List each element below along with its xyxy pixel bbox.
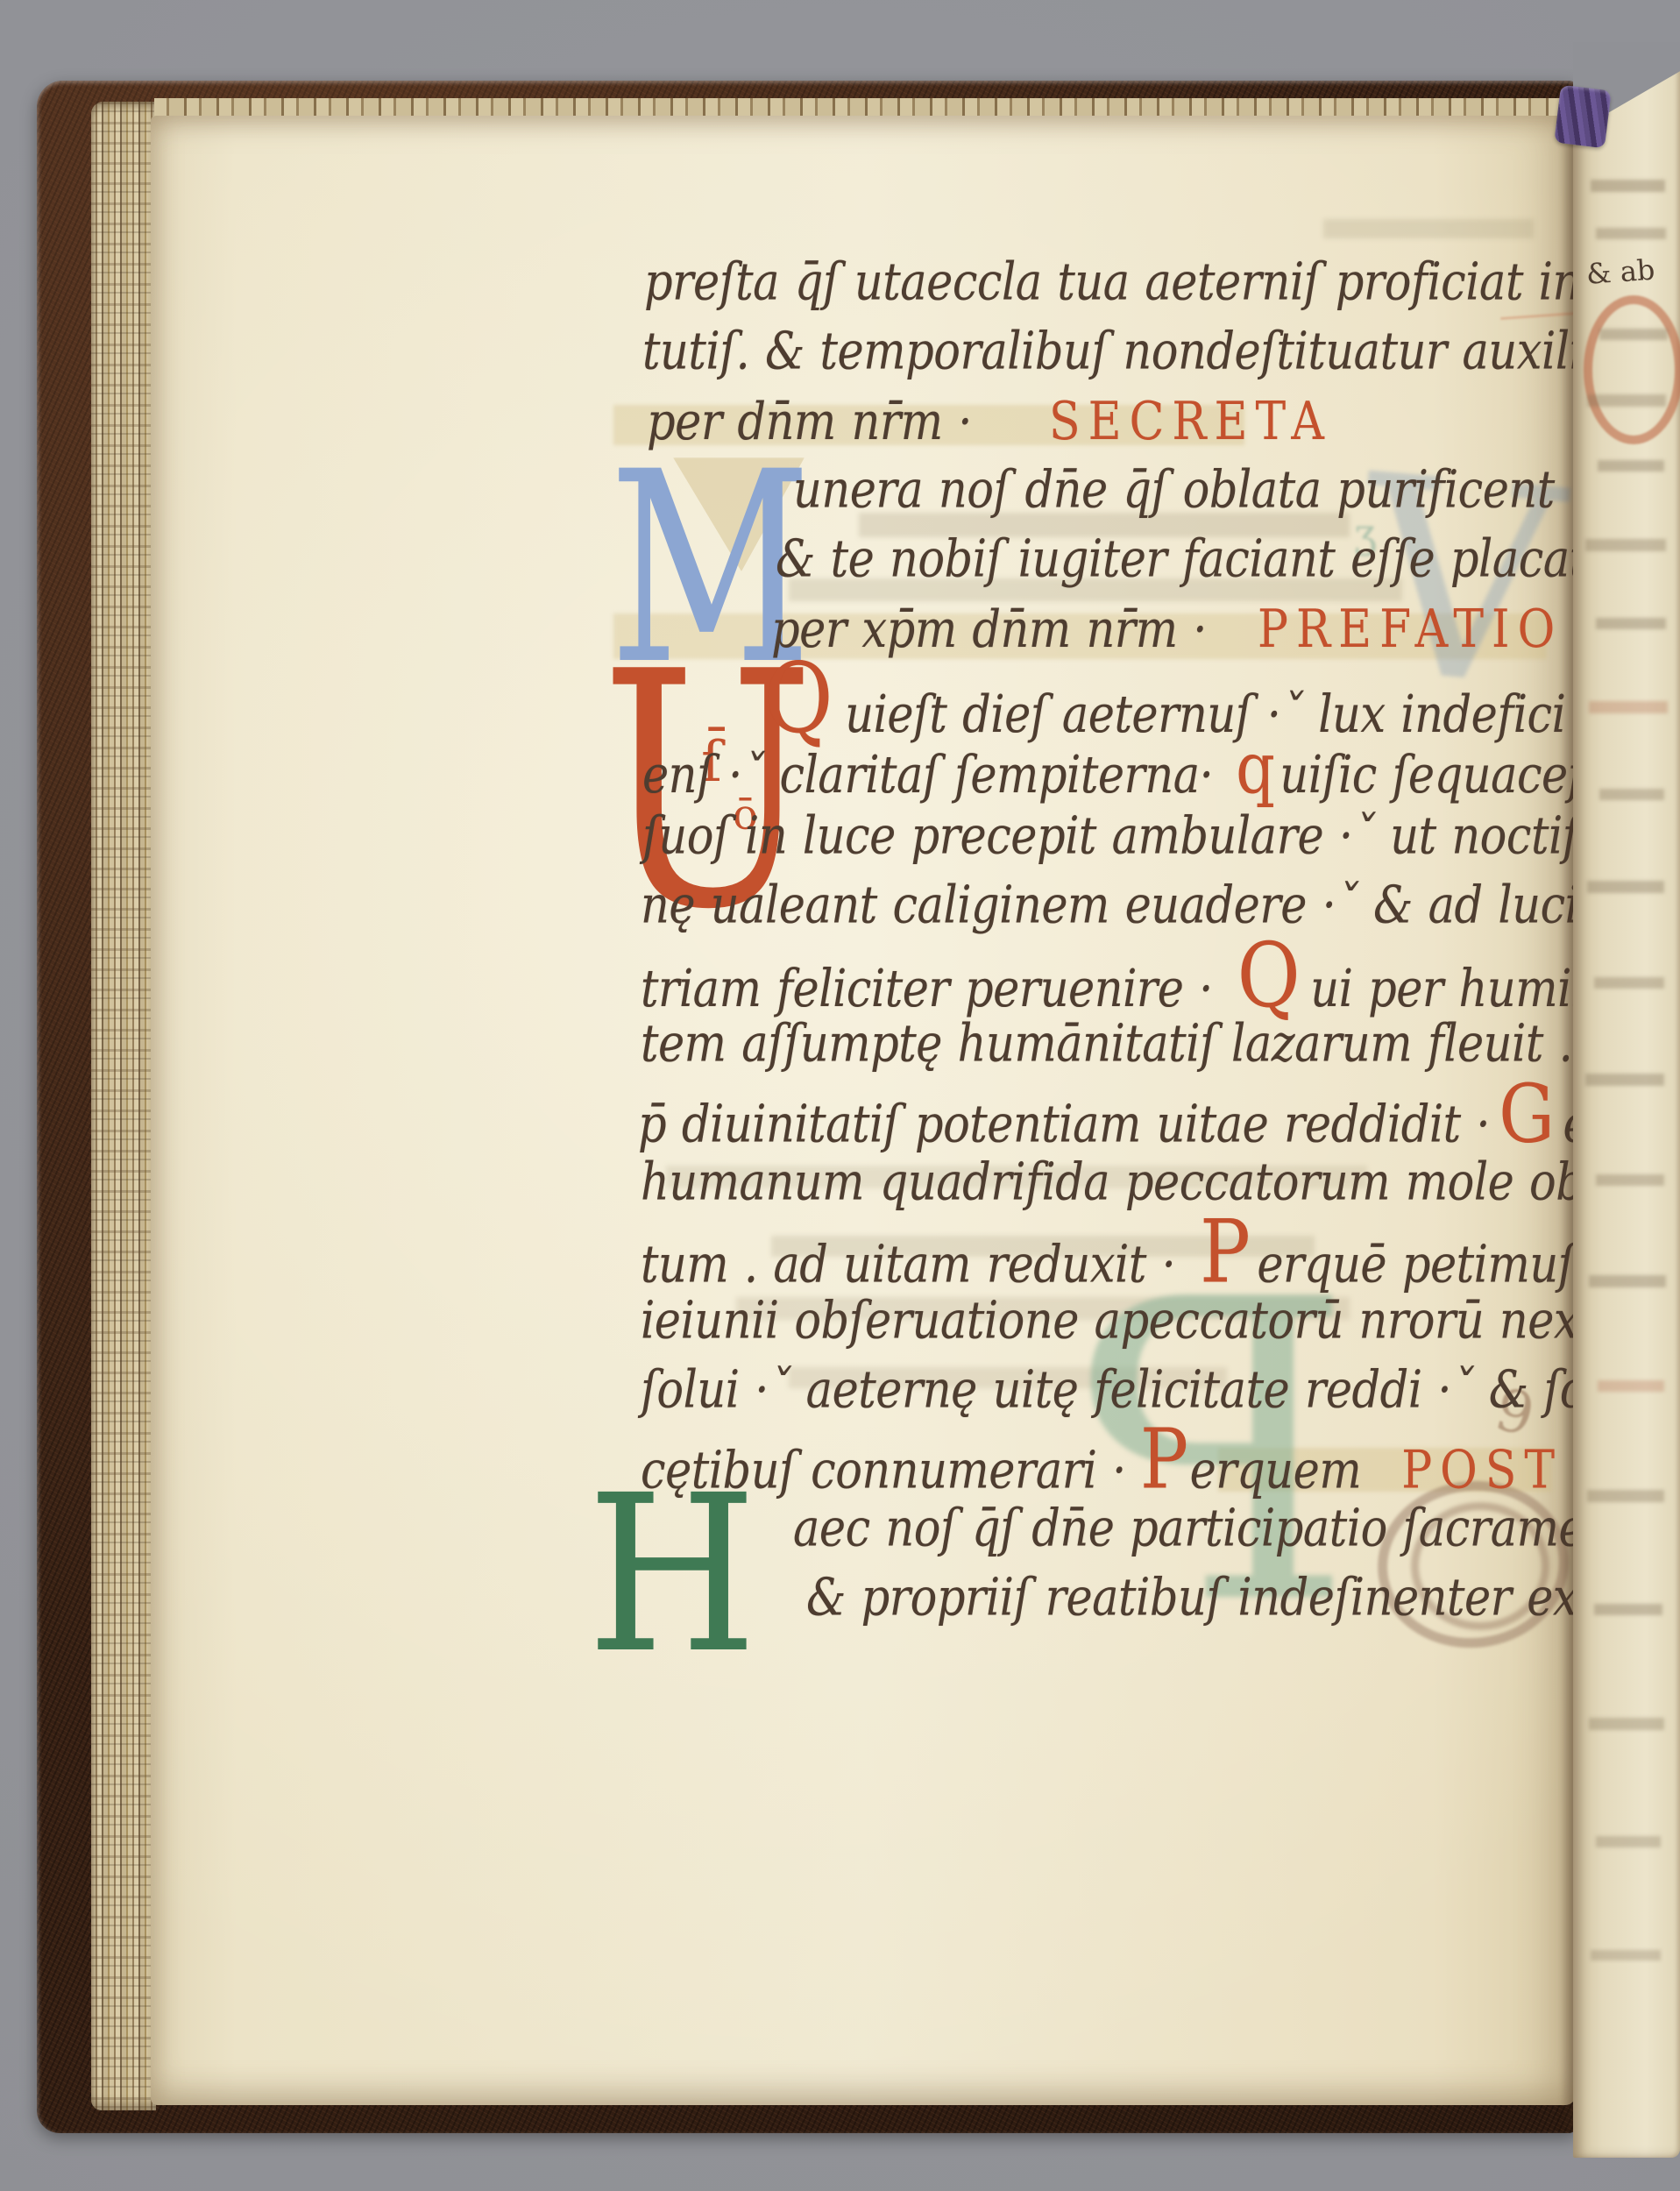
strip-streak [1587, 394, 1666, 407]
mid-line-initial: P [1140, 1412, 1188, 1507]
text-line: per xp̄m dn̄m nr̄m ·PREFATIO [771, 605, 1563, 656]
text-segment: & te nobiſ iugiter faciant eſſe placatū·… [776, 530, 1576, 590]
text-segment: uieſt dieſ aeternuſ ·ˇ lux indefici [845, 685, 1565, 745]
photo-background: MUſ̄ōHVʒP9 preſta q̄ſ utaeccla tua aeter… [0, 0, 1680, 2191]
strip-streak [1599, 789, 1664, 800]
text-segment: unera noſ dn̄e q̄ſ oblata purificent · [793, 461, 1576, 521]
text-line: & propriiſ reatibuſ indeſinenter expedia… [806, 1574, 1576, 1625]
text-segment: humanum quadrifida peccatorum mole obru [641, 1153, 1576, 1213]
text-segment: triam feliciter peruenire · [641, 960, 1229, 1019]
text-line: triam feliciter peruenire · Qui per humi… [641, 951, 1576, 1002]
text-segment: ſolui ·ˇ aeternę uitę felicitate reddi ·… [641, 1361, 1576, 1421]
text-segment: ieiunii obſeruatione apeccatorū nrorū ne… [641, 1292, 1576, 1351]
text-segment: per xp̄m dn̄m nr̄m · [771, 600, 1207, 660]
strip-streak [1587, 1490, 1664, 1502]
fore-edge-red-initial-o [1584, 295, 1680, 444]
text-line: & te nobiſ iugiter faciant eſſe placatū·… [776, 535, 1576, 586]
text-line: ieiunii obſeruatione apeccatorū nrorū ne… [641, 1297, 1576, 1348]
text-segment: ui per humilita [1310, 960, 1576, 1019]
text-segment: enſ ·ˇ claritaſ ſempiterna· [642, 746, 1229, 805]
text-line: ſuoſ in luce precepit ambulare ·ˇ ut noc… [642, 812, 1576, 863]
text-segment: erquē petimuſ [1257, 1236, 1574, 1295]
strip-streak [1585, 539, 1666, 551]
rubric: PREFATIO [1258, 599, 1563, 660]
strip-streak [1596, 618, 1666, 629]
text-segment: ſuoſ in luce precepit ambulare ·ˇ ut noc… [642, 807, 1576, 867]
strip-streak [1591, 1950, 1661, 1961]
strip-streak [1596, 1174, 1664, 1186]
text-segment: per dn̄m nr̄m · [647, 393, 972, 452]
text-segment: tutiſ. & temporalibuſ nondeſtituatur aux… [642, 323, 1576, 382]
mid-line-initial: Q [1237, 923, 1301, 1026]
manuscript-page: MUſ̄ōHVʒP9 preſta q̄ſ utaeccla tua aeter… [151, 116, 1576, 2105]
text-segment: uiſic ſequaceſ [1279, 746, 1576, 805]
text-line: tem aſſumptę humānitatiſ lazarum fleuit … [641, 1020, 1572, 1071]
mid-line-initial: q [1236, 727, 1274, 809]
strip-streak [1589, 1718, 1664, 1730]
ghost-streak [1323, 219, 1534, 238]
text-line: per dn̄m nr̄m ·SECRETA [647, 397, 1332, 448]
strip-streak [1589, 701, 1668, 713]
text-segment: preſta q̄ſ utaeccla tua aeterniſ profici… [644, 253, 1576, 313]
text-segment: p̄ diuinitatiſ potentiam uitae reddidit … [638, 1095, 1490, 1154]
strip-streak [1587, 881, 1664, 893]
text-line: humanum quadrifida peccatorum mole obru [641, 1159, 1576, 1209]
text-segment: tum . ad uitam reduxit · [641, 1236, 1191, 1295]
text-segment: & propriiſ reatibuſ indeſinenter expedia… [806, 1569, 1576, 1628]
rubric: POST CŌ [1401, 1440, 1576, 1500]
text-line: tum . ad uitam reduxit · Perquē petimuſ [641, 1228, 1574, 1279]
text-line: aec noſ q̄ſ dn̄e participatio ſacramenti… [793, 1505, 1576, 1556]
mid-line-initial: P [1200, 1202, 1250, 1303]
text-line: Quieſt dieſ aeternuſ ·ˇ lux indefici [764, 674, 1565, 725]
text-line: enſ ·ˇ claritaſ ſempiterna· quiſic ſequa… [642, 743, 1576, 794]
text-line: ſolui ·ˇ aeternę uitę felicitate reddi ·… [641, 1366, 1576, 1417]
text-segment: erquem [1190, 1441, 1362, 1500]
text-line: unera noſ dn̄e q̄ſ oblata purificent · [793, 466, 1576, 517]
page-stack-fore-edge [91, 102, 156, 2110]
strip-streak [1585, 1074, 1664, 1086]
strip-streak [1596, 228, 1666, 239]
text-line: nę ualeant caliginem euadere ·ˇ & ad luc… [641, 882, 1576, 932]
text-line: cętibuſ connumerari ·PerquemPOST CŌ [641, 1436, 1576, 1486]
rubric: SECRETA [1049, 392, 1332, 452]
mid-line-initial: G [1499, 1067, 1554, 1160]
strip-streak [1599, 329, 1668, 340]
strip-streak [1598, 1380, 1664, 1392]
strip-streak [1596, 1836, 1661, 1847]
text-segment: aec noſ q̄ſ dn̄e participatio ſacramenti… [793, 1500, 1576, 1559]
text-segment: nę ualeant caliginem euadere ·ˇ & ad luc… [641, 876, 1576, 936]
text-line: p̄ diuinitatiſ potentiam uitae reddidit … [638, 1089, 1576, 1140]
mid-line-initial: Q [764, 642, 833, 755]
text-line: tutiſ. & temporalibuſ nondeſtituatur aux… [642, 328, 1576, 379]
strip-streak [1594, 977, 1664, 989]
purple-endband [1554, 85, 1612, 149]
strip-streak [1591, 180, 1665, 192]
strip-streak [1589, 1275, 1666, 1287]
text-segment: cętibuſ connumerari · [641, 1441, 1126, 1500]
text-segment: tem aſſumptę humānitatiſ lazarum fleuit … [641, 1015, 1572, 1074]
next-folio-fore-edge: & ab [1573, 48, 1680, 2158]
strip-streak [1598, 460, 1664, 472]
strip-streak [1594, 1604, 1662, 1615]
next-folio-text-fragment: & ab [1585, 256, 1655, 288]
text-line: preſta q̄ſ utaeccla tua aeterniſ profici… [644, 259, 1576, 309]
